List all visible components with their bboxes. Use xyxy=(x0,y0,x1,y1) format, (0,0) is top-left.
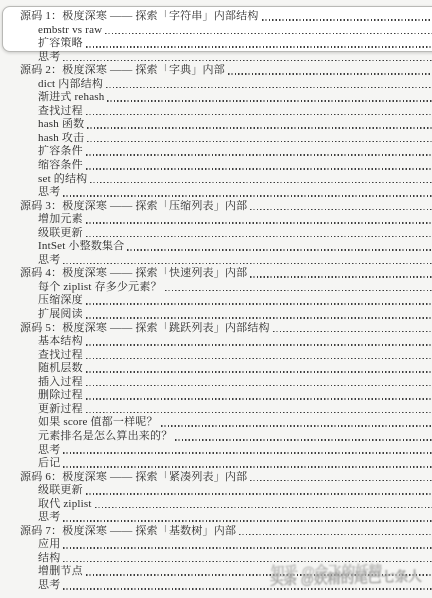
toc-entry-label: 级联更新 xyxy=(38,484,83,498)
dot-leader xyxy=(63,561,432,563)
toc-entry: 扩容策略 xyxy=(0,37,432,51)
toc-entry-label: 思考 xyxy=(38,254,60,268)
dot-leader xyxy=(63,263,432,265)
dot-leader xyxy=(63,547,432,549)
toc-entry-label: 源码 1：极度深寒 —— 探索「字符串」内部结构 xyxy=(20,10,259,24)
dot-leader xyxy=(127,249,432,251)
dot-leader xyxy=(63,466,432,468)
toc-entry-label: 随机层数 xyxy=(38,362,83,376)
dot-leader xyxy=(86,46,432,48)
toc-entry: 源码 2：极度深寒 —— 探索「字典」内部 xyxy=(0,64,432,78)
dot-leader xyxy=(86,574,432,576)
toc-list: 源码 1：极度深寒 —— 探索「字符串」内部结构 embstr vs raw 扩… xyxy=(0,10,432,593)
toc-entry-label: 源码 6：极度深寒 —— 探索「紧凑列表」内部 xyxy=(20,471,247,485)
toc-entry-label: 思考 xyxy=(38,511,60,525)
toc-entry-label: 删除过程 xyxy=(38,389,83,403)
toc-entry-label: 增删节点 xyxy=(38,565,83,579)
toc-entry: hash 攻击 xyxy=(0,132,432,146)
toc-entry-label: 源码 2：极度深寒 —— 探索「字典」内部 xyxy=(20,64,225,78)
dot-leader xyxy=(262,19,432,21)
dot-leader xyxy=(86,236,432,238)
toc-entry: 后记 xyxy=(0,457,432,471)
toc-entry: 结构 xyxy=(0,552,432,566)
dot-leader xyxy=(250,209,432,211)
toc-entry-label: 渐进式 rehash xyxy=(38,91,104,105)
toc-entry: set 的结构 xyxy=(0,173,432,187)
toc-entry-label: 插入过程 xyxy=(38,376,83,390)
dot-leader xyxy=(63,520,432,522)
dot-leader xyxy=(86,114,432,116)
toc-entry: 源码 3：极度深寒 —— 探索「压缩列表」内部 xyxy=(0,200,432,214)
toc-entry: 源码 6：极度深寒 —— 探索「紧凑列表」内部 xyxy=(0,471,432,485)
toc-entry-label: 查找过程 xyxy=(38,349,83,363)
dot-leader xyxy=(63,452,432,454)
toc-entry: 压缩深度 xyxy=(0,294,432,308)
toc-entry: IntSet 小整数集合 xyxy=(0,240,432,254)
dot-leader xyxy=(86,154,432,156)
toc-entry-label: 结构 xyxy=(38,552,60,566)
dot-leader xyxy=(175,439,432,441)
toc-entry-label: 如果 score 值都一样呢？ xyxy=(38,416,158,430)
toc-entry-label: 元素排名是怎么算出来的？ xyxy=(38,430,172,444)
toc-entry-label: 源码 7：极度深寒 —— 探索「基数树」内部 xyxy=(20,525,236,539)
toc-entry: 源码 5：极度深寒 —— 探索「跳跃列表」内部结构 xyxy=(0,322,432,336)
toc-entry-label: 取代 ziplist xyxy=(38,498,92,512)
dot-leader xyxy=(87,141,432,143)
dot-leader xyxy=(86,317,432,319)
dot-leader xyxy=(86,303,432,305)
dot-leader xyxy=(86,371,432,373)
toc-entry-label: hash 函数 xyxy=(38,118,84,132)
toc-entry: 级联更新 xyxy=(0,227,432,241)
dot-leader xyxy=(86,412,432,414)
toc-entry: 渐进式 rehash xyxy=(0,91,432,105)
toc-entry-label: 源码 5：极度深寒 —— 探索「跳跃列表」内部结构 xyxy=(20,322,270,336)
toc-entry-label: IntSet 小整数集合 xyxy=(38,240,124,254)
dot-leader xyxy=(86,398,432,400)
toc-entry: 源码 1：极度深寒 —— 探索「字符串」内部结构 xyxy=(0,10,432,24)
toc-entry-label: 扩容条件 xyxy=(38,145,83,159)
toc-entry-label: 级联更新 xyxy=(38,227,83,241)
dot-leader xyxy=(63,60,432,62)
dot-leader xyxy=(106,87,432,89)
dot-leader xyxy=(107,100,432,102)
dot-leader xyxy=(250,480,432,482)
toc-entry: 元素排名是怎么算出来的？ xyxy=(0,430,432,444)
toc-entry-label: embstr vs raw xyxy=(38,24,102,38)
toc-entry: 思考 xyxy=(0,511,432,525)
toc-entry-label: 压缩深度 xyxy=(38,294,83,308)
dot-leader xyxy=(273,331,432,333)
toc-entry-label: 源码 4：极度深寒 —— 探索「快速列表」内部 xyxy=(20,267,247,281)
dot-leader xyxy=(228,73,432,75)
dot-leader xyxy=(86,358,432,360)
toc-entry: 扩展阅读 xyxy=(0,308,432,322)
toc-entry: 级联更新 xyxy=(0,484,432,498)
dot-leader xyxy=(86,385,432,387)
toc-entry-label: 缩容条件 xyxy=(38,159,83,173)
dot-leader xyxy=(161,425,432,427)
toc-entry: 每个 ziplist 存多少元素？ xyxy=(0,281,432,295)
toc-entry-label: 思考 xyxy=(38,444,60,458)
toc-entry: 查找过程 xyxy=(0,349,432,363)
toc-entry: 基本结构 xyxy=(0,335,432,349)
toc-entry: 应用 xyxy=(0,538,432,552)
dot-leader xyxy=(86,493,432,495)
toc-entry-label: 扩容策略 xyxy=(38,37,83,51)
toc-entry-label: 后记 xyxy=(38,457,60,471)
toc-page: 源码 1：极度深寒 —— 探索「字符串」内部结构 embstr vs raw 扩… xyxy=(0,0,432,598)
toc-entry: 扩容条件 xyxy=(0,145,432,159)
dot-leader xyxy=(250,276,432,278)
dot-leader xyxy=(90,182,432,184)
toc-entry: 思考 xyxy=(0,579,432,593)
toc-entry: 源码 7：极度深寒 —— 探索「基数树」内部 xyxy=(0,525,432,539)
toc-entry: 思考 xyxy=(0,254,432,268)
toc-entry: 删除过程 xyxy=(0,389,432,403)
toc-entry: 思考 xyxy=(0,444,432,458)
toc-entry-label: 查找过程 xyxy=(38,105,83,119)
dot-leader xyxy=(165,290,432,292)
toc-entry-label: 基本结构 xyxy=(38,335,83,349)
toc-entry-label: 思考 xyxy=(38,579,60,593)
toc-entry: 缩容条件 xyxy=(0,159,432,173)
toc-entry: 随机层数 xyxy=(0,362,432,376)
toc-entry-label: hash 攻击 xyxy=(38,132,84,146)
dot-leader xyxy=(239,534,432,536)
dot-leader xyxy=(86,344,432,346)
toc-entry: 如果 score 值都一样呢？ xyxy=(0,416,432,430)
toc-entry: 源码 4：极度深寒 —— 探索「快速列表」内部 xyxy=(0,267,432,281)
toc-entry-label: 更新过程 xyxy=(38,403,83,417)
toc-entry-label: 增加元素 xyxy=(38,213,83,227)
dot-leader xyxy=(87,127,432,129)
toc-entry: 思考 xyxy=(0,51,432,65)
dot-leader xyxy=(63,195,432,197)
toc-entry: 查找过程 xyxy=(0,105,432,119)
toc-entry: embstr vs raw xyxy=(0,24,432,38)
toc-entry-label: 每个 ziplist 存多少元素？ xyxy=(38,281,162,295)
dot-leader xyxy=(105,33,432,35)
toc-entry: 插入过程 xyxy=(0,376,432,390)
toc-entry: 更新过程 xyxy=(0,403,432,417)
dot-leader xyxy=(86,168,432,170)
toc-entry-label: 扩展阅读 xyxy=(38,308,83,322)
toc-entry-label: 思考 xyxy=(38,51,60,65)
toc-entry-label: 思考 xyxy=(38,186,60,200)
toc-entry-label: set 的结构 xyxy=(38,173,87,187)
toc-entry: hash 函数 xyxy=(0,118,432,132)
dot-leader xyxy=(86,222,432,224)
toc-entry-label: 源码 3：极度深寒 —— 探索「压缩列表」内部 xyxy=(20,200,247,214)
toc-entry-label: 应用 xyxy=(38,538,60,552)
dot-leader xyxy=(95,507,432,509)
toc-entry: dict 内部结构 xyxy=(0,78,432,92)
toc-entry: 取代 ziplist xyxy=(0,498,432,512)
toc-entry-label: dict 内部结构 xyxy=(38,78,103,92)
toc-entry: 思考 xyxy=(0,186,432,200)
toc-entry: 增加元素 xyxy=(0,213,432,227)
dot-leader xyxy=(63,588,432,590)
toc-entry: 增删节点 xyxy=(0,565,432,579)
